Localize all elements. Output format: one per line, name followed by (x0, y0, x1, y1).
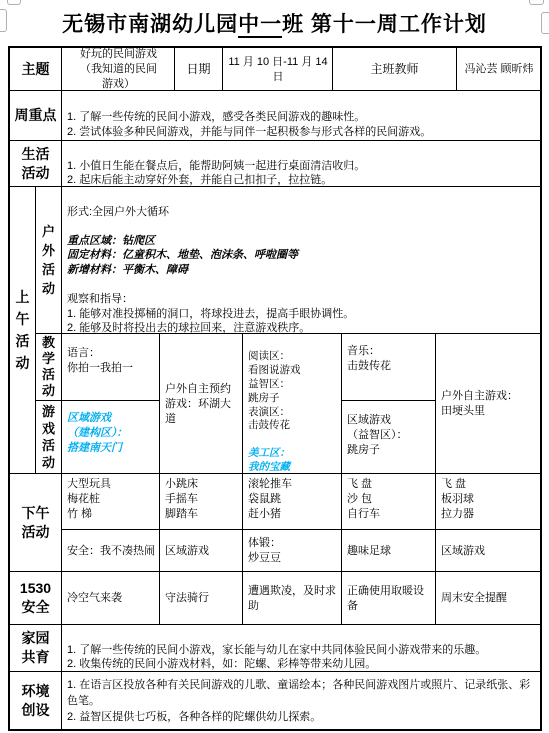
home-coop-label-cell: 家园 共育 (10, 625, 62, 672)
weekly-plan-table: 主题 好玩的民间游戏 （我知道的民间 游戏） 日期 11 月 10 日-11 月… (8, 46, 542, 731)
teaching-label-cell: 教 学 活 动 (36, 334, 62, 401)
title-underlined: 中一 (238, 13, 282, 38)
zones-blue: 美工区： 我的宝藏 建构区： 民俗积木小镇 (248, 447, 337, 474)
safety-cell: 周末安全提醒 (436, 572, 540, 625)
afternoon-row1: 大型玩具 梅花桩 竹 梯 小跳床 手摇车 脚踏车 滚轮推车 袋鼠跳 赶小猪 飞 … (62, 474, 540, 530)
teacher-value-cell: 冯沁芸 顾昕炜 (457, 48, 540, 91)
theme-row: 主题 好玩的民间游戏 （我知道的民间 游戏） 日期 11 月 10 日-11 月… (10, 48, 540, 91)
outdoor-label-cell: 户 外 活 动 (36, 187, 62, 334)
outdoor-reserved-game-cell: 户外自主预约游戏：环湖大道 (160, 334, 243, 474)
afternoon-band: 下午 活动 大型玩具 梅花桩 竹 梯 小跳床 手摇车 脚踏车 滚轮推车 袋鼠跳 … (10, 474, 540, 572)
theme-label-cell: 主题 (10, 48, 62, 91)
life-activity-content-cell: 1. 小值日生能在餐点后，能帮助阿姨一起进行桌面清洁收归。 2. 起床后能主动穿… (62, 141, 540, 187)
teaching-language-cell: 语言： 你拍一我拍一 (62, 334, 160, 401)
ui-fragment-top-left (7, 0, 21, 5)
week-focus-label-cell: 周重点 (10, 91, 62, 141)
safety-cell: 冷空气来袭 (62, 572, 160, 625)
afternoon-cell: 区域游戏 (160, 530, 243, 572)
afternoon-cell: 小跳床 手摇车 脚踏车 (160, 474, 243, 530)
environment-row: 环境 创设 1. 在语言区投放各种有关民间游戏的儿歌、童谣绘本；各种民间游戏图片… (10, 672, 540, 729)
environment-label-cell: 环境 创设 (10, 672, 62, 729)
teacher-label-cell: 主班教师 (333, 48, 457, 91)
outdoor-guidance: 观察和指导： 1. 能够对准投掷桶的洞口，将球投进去，提高手眼协调性。 2. 能… (67, 292, 536, 334)
safety-cell: 遭遇欺凌，及时求助 (243, 572, 342, 625)
music-cell: 音乐： 击鼓传花 (342, 334, 436, 401)
safety-cell: 守法骑行 (160, 572, 243, 625)
theme-value-cell: 好玩的民间游戏 （我知道的民间 游戏） (62, 48, 175, 91)
afternoon-cell: 区域游戏 (436, 530, 540, 572)
zones-black: 阅读区： 看图说游戏 益智区： 跳房子 表演区： 击鼓传花 (248, 350, 337, 433)
col4-stack: 音乐： 击鼓传花 区域游戏 （益智区）： 跳房子 (342, 334, 436, 474)
environment-content-cell: 1. 在语言区投放各种有关民间游戏的儿歌、童谣绘本；各种民间游戏图片或照片、记录… (62, 672, 540, 729)
safety-1530-label-cell: 1530 安全 (10, 572, 62, 625)
document-page: 无锡市南湖幼儿园中一班 第十一周工作计划 主题 好玩的民间游戏 （我知道的民间 … (0, 0, 549, 733)
outdoor-content-cell: 形式:全园户外大循环 重点区域：钻爬区 固定材料：亿童积木、地垫、泡沫条、呼啦圈… (62, 187, 540, 334)
home-coop-row: 家园 共育 1. 了解一些传统的民间小游戏，家长能与幼儿在家中共同体验民间小游戏… (10, 625, 540, 672)
outdoor-row: 户 外 活 动 形式:全园户外大循环 重点区域：钻爬区 固定材料：亿童积木、地垫… (36, 187, 540, 334)
morning-label-cell: 上 午 活 动 (10, 187, 36, 474)
title-prefix: 无锡市南湖幼儿园 (62, 13, 238, 36)
morning-band: 上 午 活 动 户 外 活 动 形式:全园户外大循环 重点区域：钻爬区 固定材料… (10, 187, 540, 474)
safety-1530-row: 1530 安全 冷空气来袭 守法骑行 遭遇欺凌，及时求助 正确使用取暖设备 周末… (10, 572, 540, 625)
afternoon-row2: 安全：我不凑热闹 区域游戏 体锻： 炒豆豆 趣味足球 区域游戏 (62, 530, 540, 572)
afternoon-cell: 大型玩具 梅花桩 竹 梯 (62, 474, 160, 530)
col1-stack: 语言： 你拍一我拍一 区域游戏 （建构区）： 搭建南天门 (62, 334, 160, 474)
afternoon-cell: 安全：我不凑热闹 (62, 530, 160, 572)
week-focus-content-cell: 1. 了解一些传统的民间小游戏，感受各类民间游戏的趣味性。 2. 尝试体验多种民… (62, 91, 540, 141)
week-focus-row: 周重点 1. 了解一些传统的民间小游戏，感受各类民间游戏的趣味性。 2. 尝试体… (10, 91, 540, 141)
life-activity-label-cell: 生活 活动 (10, 141, 62, 187)
home-coop-content-cell: 1. 了解一些传统的民间小游戏，家长能与幼儿在家中共同体验民间小游戏带来的乐趣。… (62, 625, 540, 672)
afternoon-cell: 飞 盘 沙 包 自行车 (342, 474, 436, 530)
date-label-cell: 日期 (175, 48, 223, 91)
title-suffix: 班 第十一周工作计划 (282, 13, 487, 36)
morning-content: 户 外 活 动 形式:全园户外大循环 重点区域：钻爬区 固定材料：亿童积木、地垫… (36, 187, 540, 474)
week-focus-items: 1. 了解一些传统的民间小游戏，感受各类民间游戏的趣味性。 2. 尝试体验多种民… (67, 110, 536, 141)
zones-cell: 阅读区： 看图说游戏 益智区： 跳房子 表演区： 击鼓传花 美工区： 我的宝藏 … (243, 334, 342, 474)
life-activity-row: 生活 活动 1. 小值日生能在餐点后，能帮助阿姨一起进行桌面清洁收归。 2. 起… (10, 141, 540, 187)
free-outdoor-game-cell: 户外自主游戏： 田埂头里 (436, 334, 540, 474)
afternoon-cell: 飞 盘 板羽球 拉力器 (436, 474, 540, 530)
afternoon-cell: 体锻： 炒豆豆 (243, 530, 342, 572)
afternoon-cell: 趣味足球 (342, 530, 436, 572)
teaching-games-labels: 教 学 活 动 游 戏 活 动 (36, 334, 62, 474)
teaching-games-grid: 教 学 活 动 游 戏 活 动 语言： 你拍一我拍一 区域游戏 （建构区）： 搭… (36, 334, 540, 474)
home-coop-items: 1. 了解一些传统的民间小游戏，家长能与幼儿在家中共同体验民间小游戏带来的乐趣。… (67, 643, 536, 672)
afternoon-cell: 滚轮推车 袋鼠跳 赶小猪 (243, 474, 342, 530)
games-label-cell: 游 戏 活 动 (36, 401, 62, 474)
outdoor-materials: 重点区域：钻爬区 固定材料：亿童积木、地垫、泡沫条、呼啦圈等 新增材料：平衡木、… (67, 234, 536, 278)
life-activity-items: 1. 小值日生能在餐点后，能帮助阿姨一起进行桌面清洁收归。 2. 起床后能主动穿… (67, 159, 536, 188)
afternoon-content: 大型玩具 梅花桩 竹 梯 小跳床 手摇车 脚踏车 滚轮推车 袋鼠跳 赶小猪 飞 … (62, 474, 540, 572)
page-title: 无锡市南湖幼儿园中一班 第十一周工作计划 (0, 8, 549, 38)
afternoon-label-cell: 下午 活动 (10, 474, 62, 572)
games-region-cell: 区域游戏 （建构区）： 搭建南天门 (62, 401, 160, 474)
outdoor-form-line: 形式:全园户外大循环 (67, 205, 536, 220)
games-puzzle-cell: 区域游戏 （益智区）： 跳房子 (342, 401, 436, 474)
ui-fragment-top-right (529, 0, 544, 5)
safety-cell: 正确使用取暖设备 (342, 572, 436, 625)
date-value-cell: 11 月 10 日-11 月 14 日 (223, 48, 333, 91)
